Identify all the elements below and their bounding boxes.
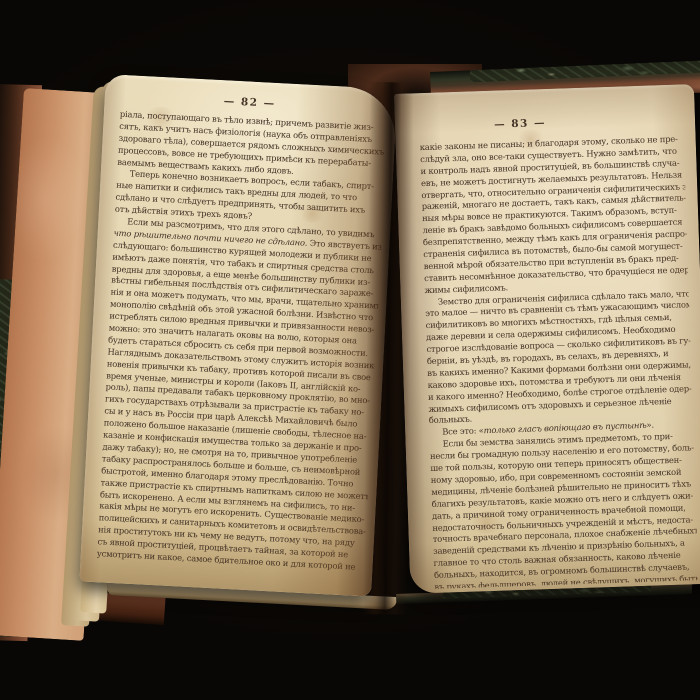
page-82-lines: ріала, поступающаго въ тѣло извнѣ; приче… — [97, 109, 388, 574]
marbled-board-edge — [470, 61, 700, 83]
page-83-text-block: — 83 — какіе законы не писаны; и благода… — [418, 88, 698, 588]
page-83-lines: какіе законы не писаны; и благодаря этом… — [420, 133, 699, 589]
book-page-83: — 83 — какіе законы не писаны; и благода… — [394, 84, 700, 594]
page-83-number: — 83 — — [419, 114, 621, 133]
book-photo-scene: — 82 — ріала, поступающаго въ тѣло извнѣ… — [0, 0, 700, 700]
page-82-text-block: — 82 — ріала, поступающаго въ тѣло извнѣ… — [96, 88, 389, 592]
book-page-82: — 82 — ріала, поступающаго въ тѣло извнѣ… — [79, 74, 397, 597]
